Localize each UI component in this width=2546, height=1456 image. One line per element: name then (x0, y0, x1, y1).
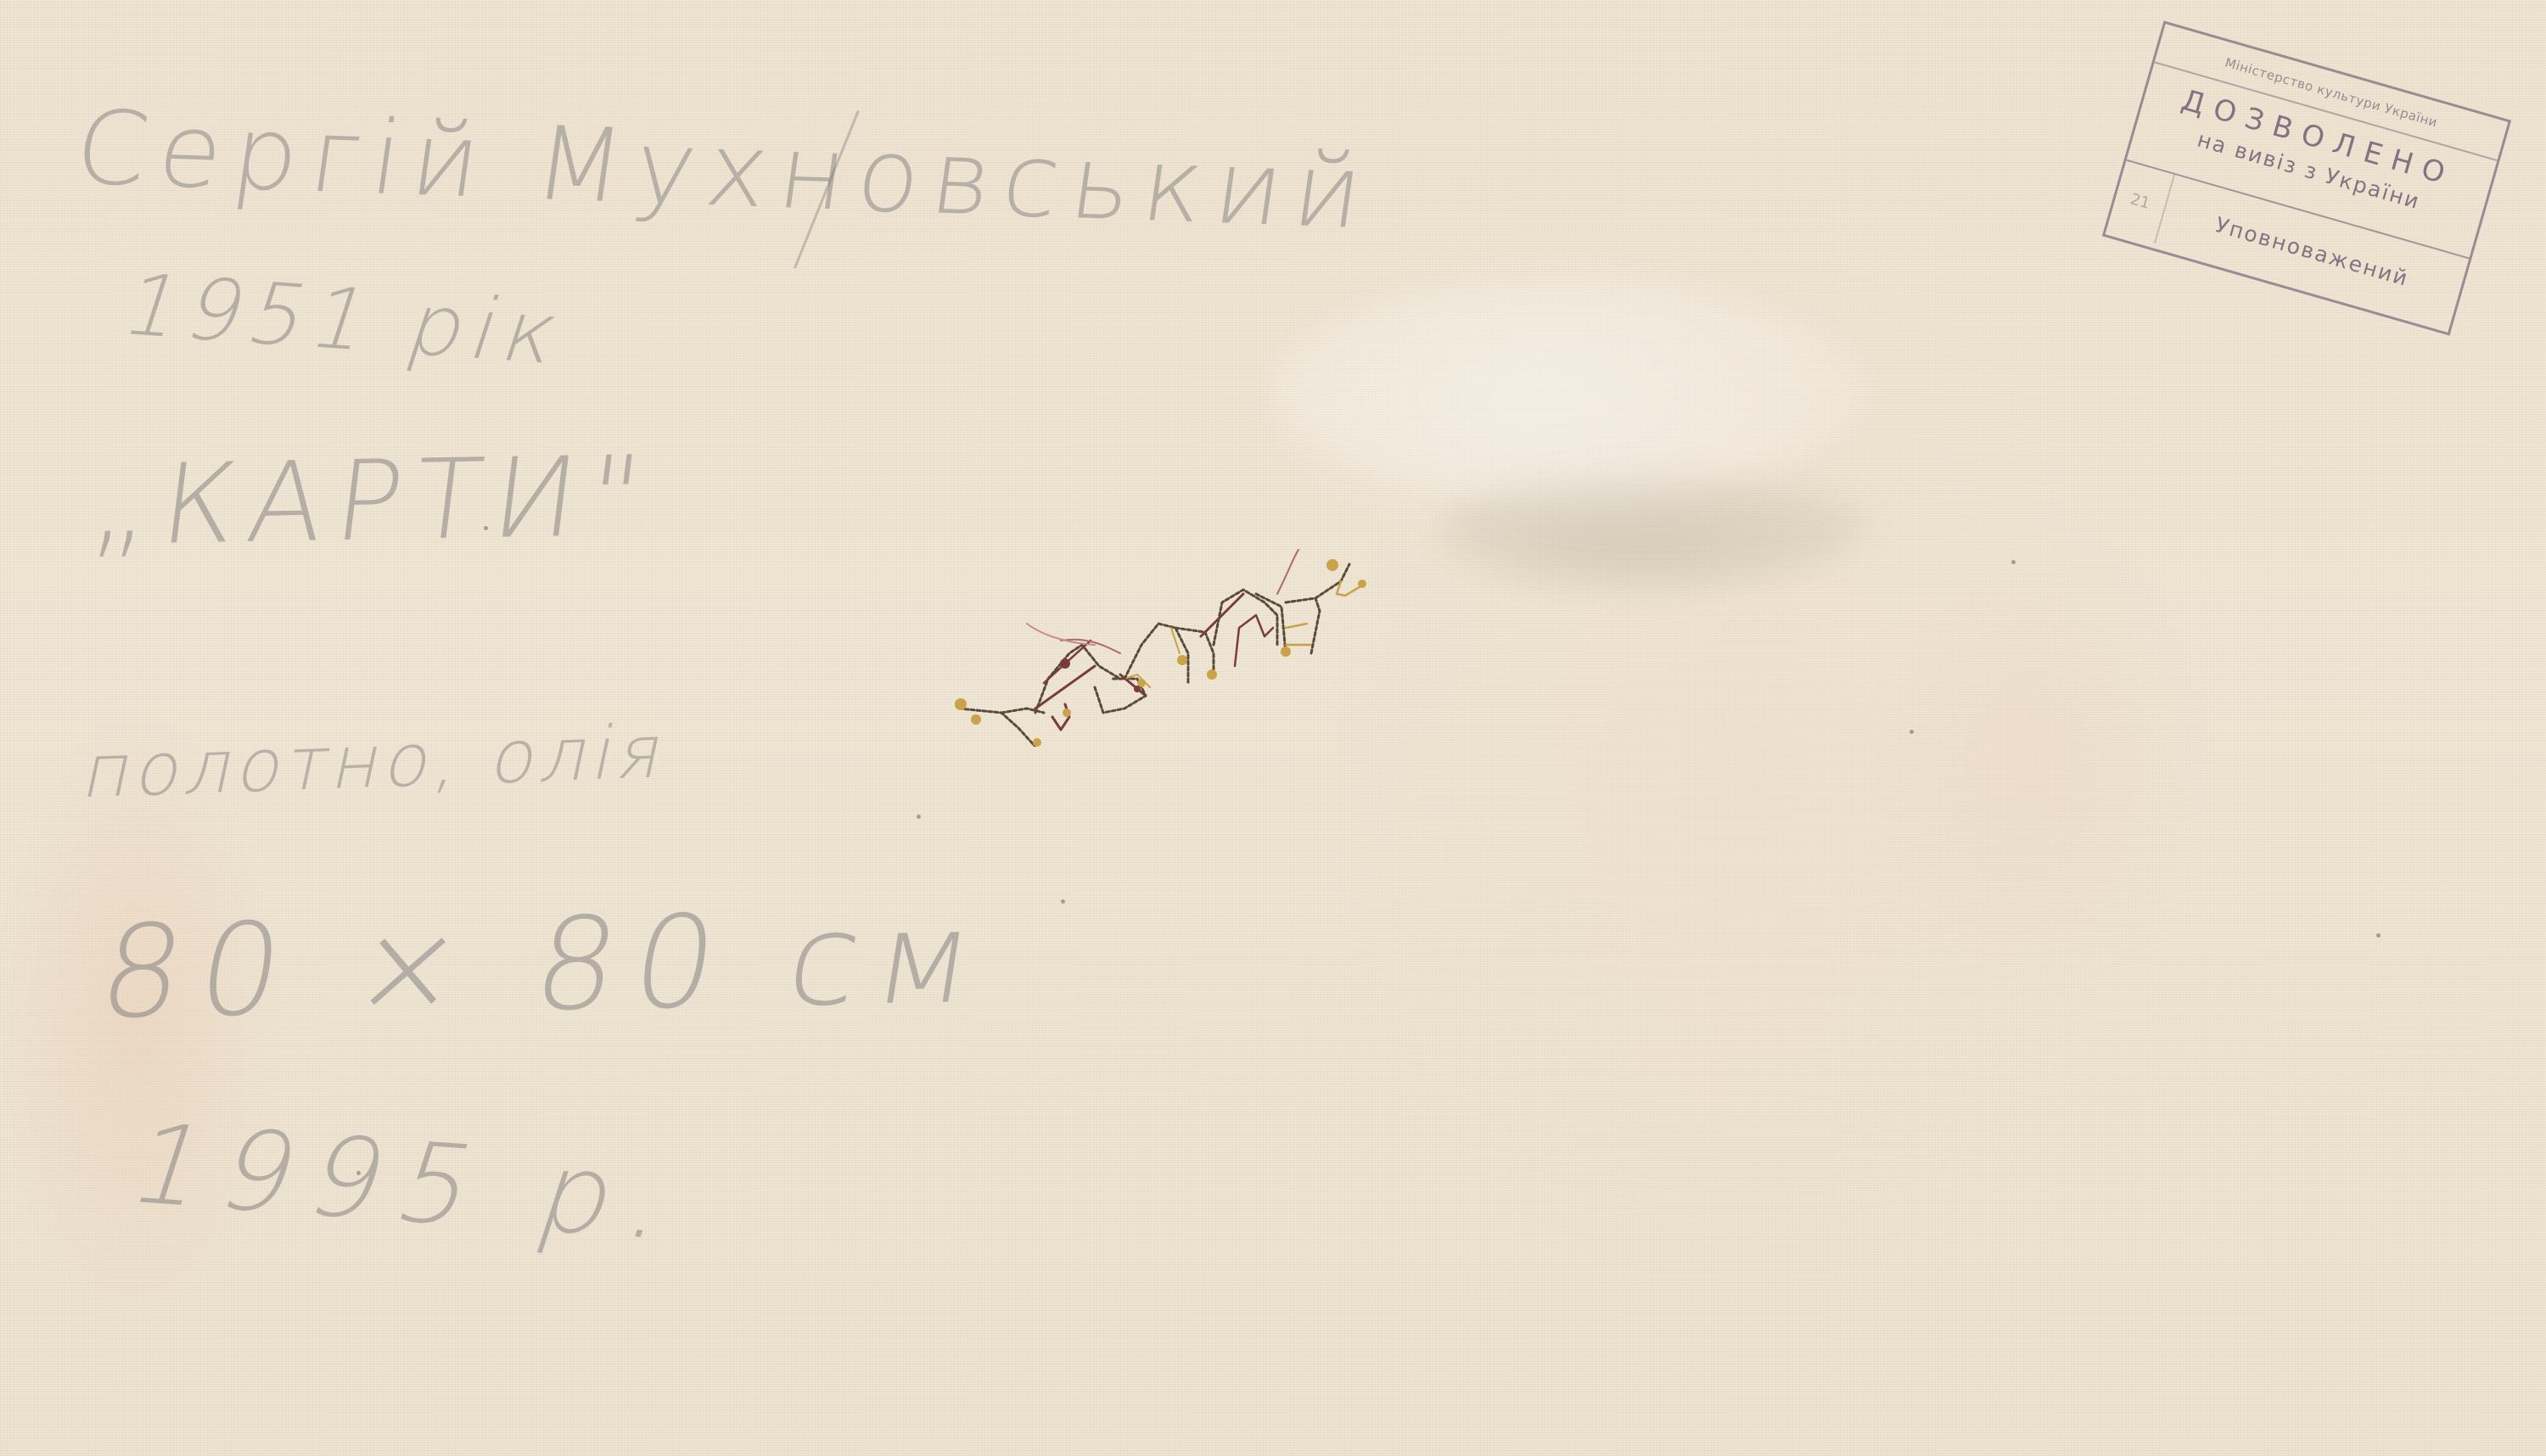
canvas-speck (356, 1171, 361, 1175)
stamp-number-box: 21 (2106, 161, 2175, 244)
inscription-title: „КАРТИ" (86, 431, 659, 570)
canvas-back: Сергій Мухновський 1951 рік „КАРТИ" поло… (0, 0, 2546, 1456)
inscription-artist-name: Сергій Мухновський (68, 89, 1382, 252)
canvas-speck (1061, 899, 1065, 904)
export-permission-stamp: Міністерство культури України ДОЗВОЛЕНО … (2102, 20, 2511, 335)
inscription-dimensions: 80 × 80 см (90, 883, 1001, 1047)
canvas-speck (484, 526, 488, 530)
inscription-medium: полотно, олія (76, 709, 677, 815)
canvas-speck (1909, 730, 1914, 734)
canvas-speck (2376, 933, 2381, 938)
canvas-fold-highlight (1273, 280, 1867, 501)
embroidered-signature (942, 535, 1536, 747)
canvas-speck (2011, 560, 2016, 564)
canvas-speck (917, 815, 921, 819)
inscription-birth-year: 1951 рік (111, 255, 580, 384)
inscription-date: 1995 р. (115, 1100, 707, 1265)
